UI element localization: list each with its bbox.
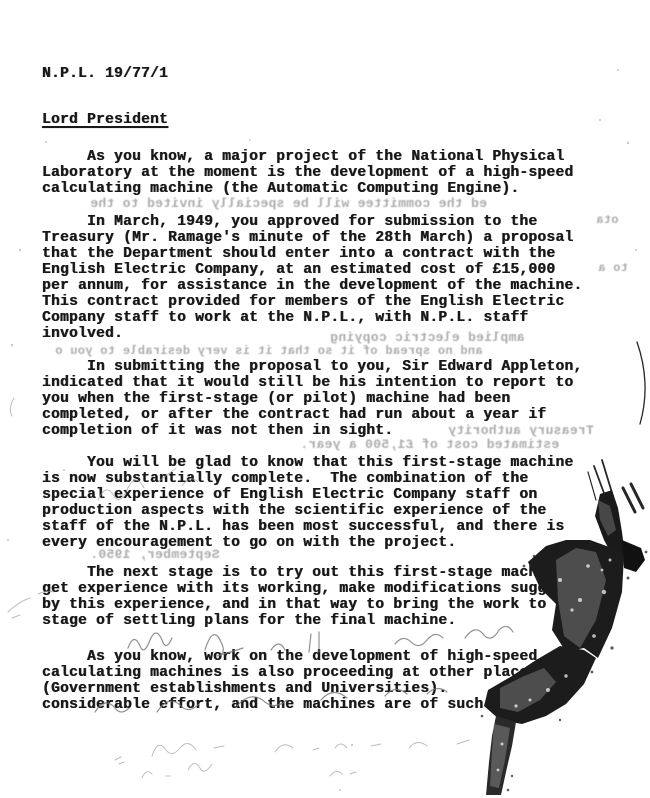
paragraph-other-establishments: As you know, work on the development of … <box>42 649 537 713</box>
bleedthrough-text: ed the committee will be specially invit… <box>90 197 487 210</box>
pen-strokes <box>588 342 645 512</box>
scanned-letter-page: N.P.L. 19/77/1 Lord President As you kno… <box>0 0 650 798</box>
salutation: Lord President <box>42 112 168 128</box>
paragraph-first-stage-complete: You will be glad to know that this first… <box>42 455 573 551</box>
bleedthrough-text: estimated cost of £1,500 a year. <box>300 438 559 451</box>
bleedthrough-text: and no spread of it so that it is very d… <box>55 345 483 358</box>
paragraph-march-1949-contract: In March, 1949, you approved for submiss… <box>42 214 582 342</box>
paragraph-intro-ace: As you know, a major project of the Nati… <box>42 149 573 197</box>
bleedthrough-text: ota <box>596 214 619 227</box>
bleedthrough-text: to a <box>598 262 628 275</box>
paragraph-next-stage: The next stage is to try out this first-… <box>42 565 564 629</box>
paragraph-appleton-intention: In submitting the proposal to you, Sir E… <box>42 359 582 439</box>
document-reference: N.P.L. 19/77/1 <box>42 66 168 82</box>
